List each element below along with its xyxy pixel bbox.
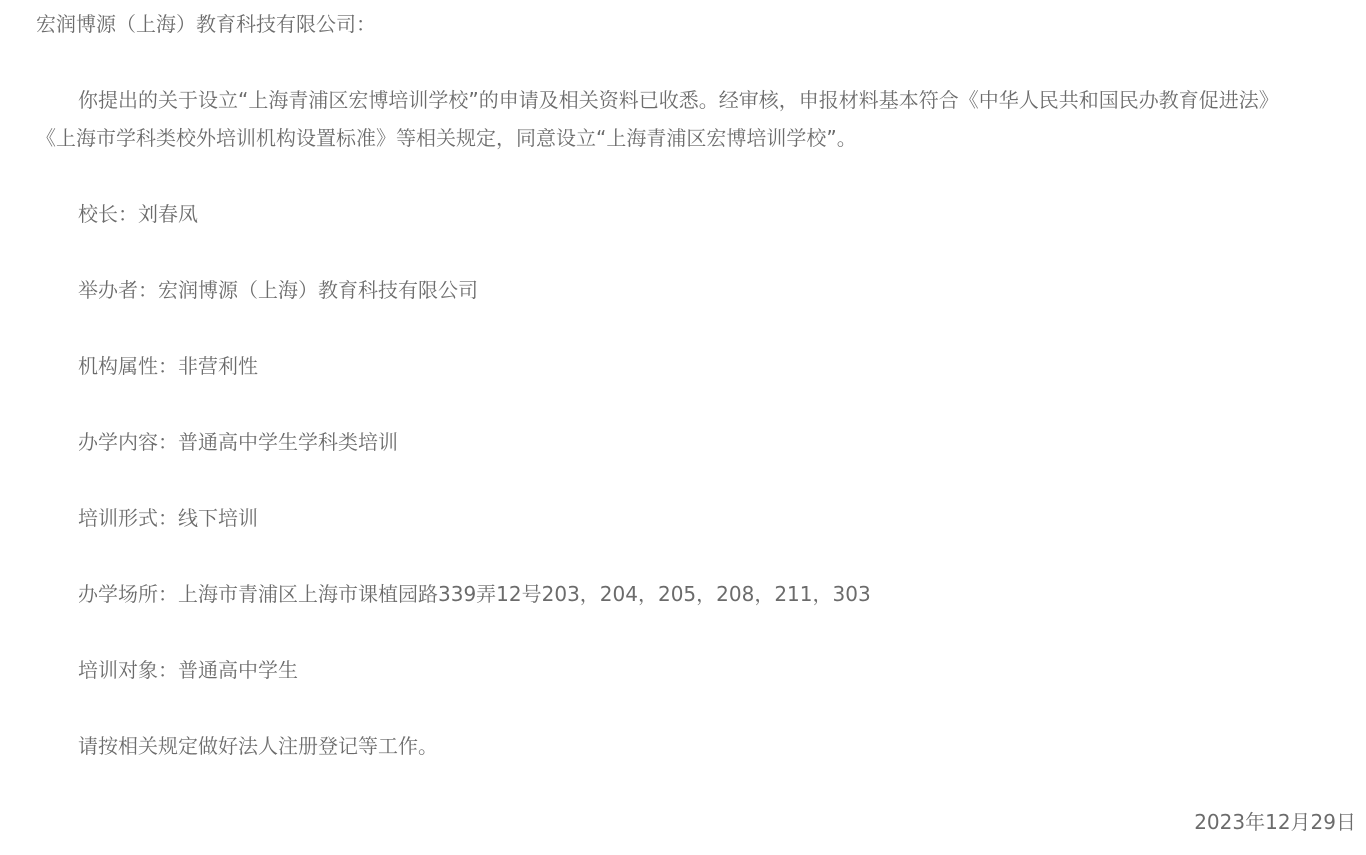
- item-value: 上海市青浦区上海市课植园路339弄12号203，204，205，208，211，…: [178, 582, 871, 606]
- body-paragraph-line-1: 你提出的关于设立“上海青浦区宏博培训学校”的申请及相关资料已收悉。经审核，申报材…: [78, 86, 1279, 114]
- item-value: 刘春凤: [138, 202, 198, 226]
- item-value: 非营利性: [178, 354, 258, 378]
- item-label: 办学内容：: [78, 430, 178, 454]
- item-label: 办学场所：: [78, 582, 178, 606]
- item-label: 机构属性：: [78, 354, 178, 378]
- item-label: 举办者：: [78, 278, 158, 302]
- item-value: 普通高中学生学科类培训: [178, 430, 398, 454]
- item-location: 办学场所：上海市青浦区上海市课植园路339弄12号203，204，205，208…: [78, 580, 871, 608]
- item-label: 培训形式：: [78, 506, 178, 530]
- salutation: 宏润博源（上海）教育科技有限公司：: [36, 10, 376, 38]
- item-value: 线下培训: [178, 506, 258, 530]
- item-label: 培训对象：: [78, 658, 178, 682]
- item-target: 培训对象：普通高中学生: [78, 656, 298, 684]
- closing-text: 请按相关规定做好法人注册登记等工作。: [78, 732, 438, 760]
- item-value: 普通高中学生: [178, 658, 298, 682]
- document-date: 2023年12月29日: [1194, 808, 1356, 836]
- item-value: 宏润博源（上海）教育科技有限公司: [158, 278, 478, 302]
- item-format: 培训形式：线下培训: [78, 504, 258, 532]
- item-content: 办学内容：普通高中学生学科类培训: [78, 428, 398, 456]
- body-paragraph-line-2: 《上海市学科类校外培训机构设置标准》等相关规定，同意设立“上海青浦区宏博培训学校…: [36, 124, 857, 152]
- item-principal: 校长：刘春凤: [78, 200, 198, 228]
- item-label: 校长：: [78, 202, 138, 226]
- item-organizer: 举办者：宏润博源（上海）教育科技有限公司: [78, 276, 478, 304]
- item-nature: 机构属性：非营利性: [78, 352, 258, 380]
